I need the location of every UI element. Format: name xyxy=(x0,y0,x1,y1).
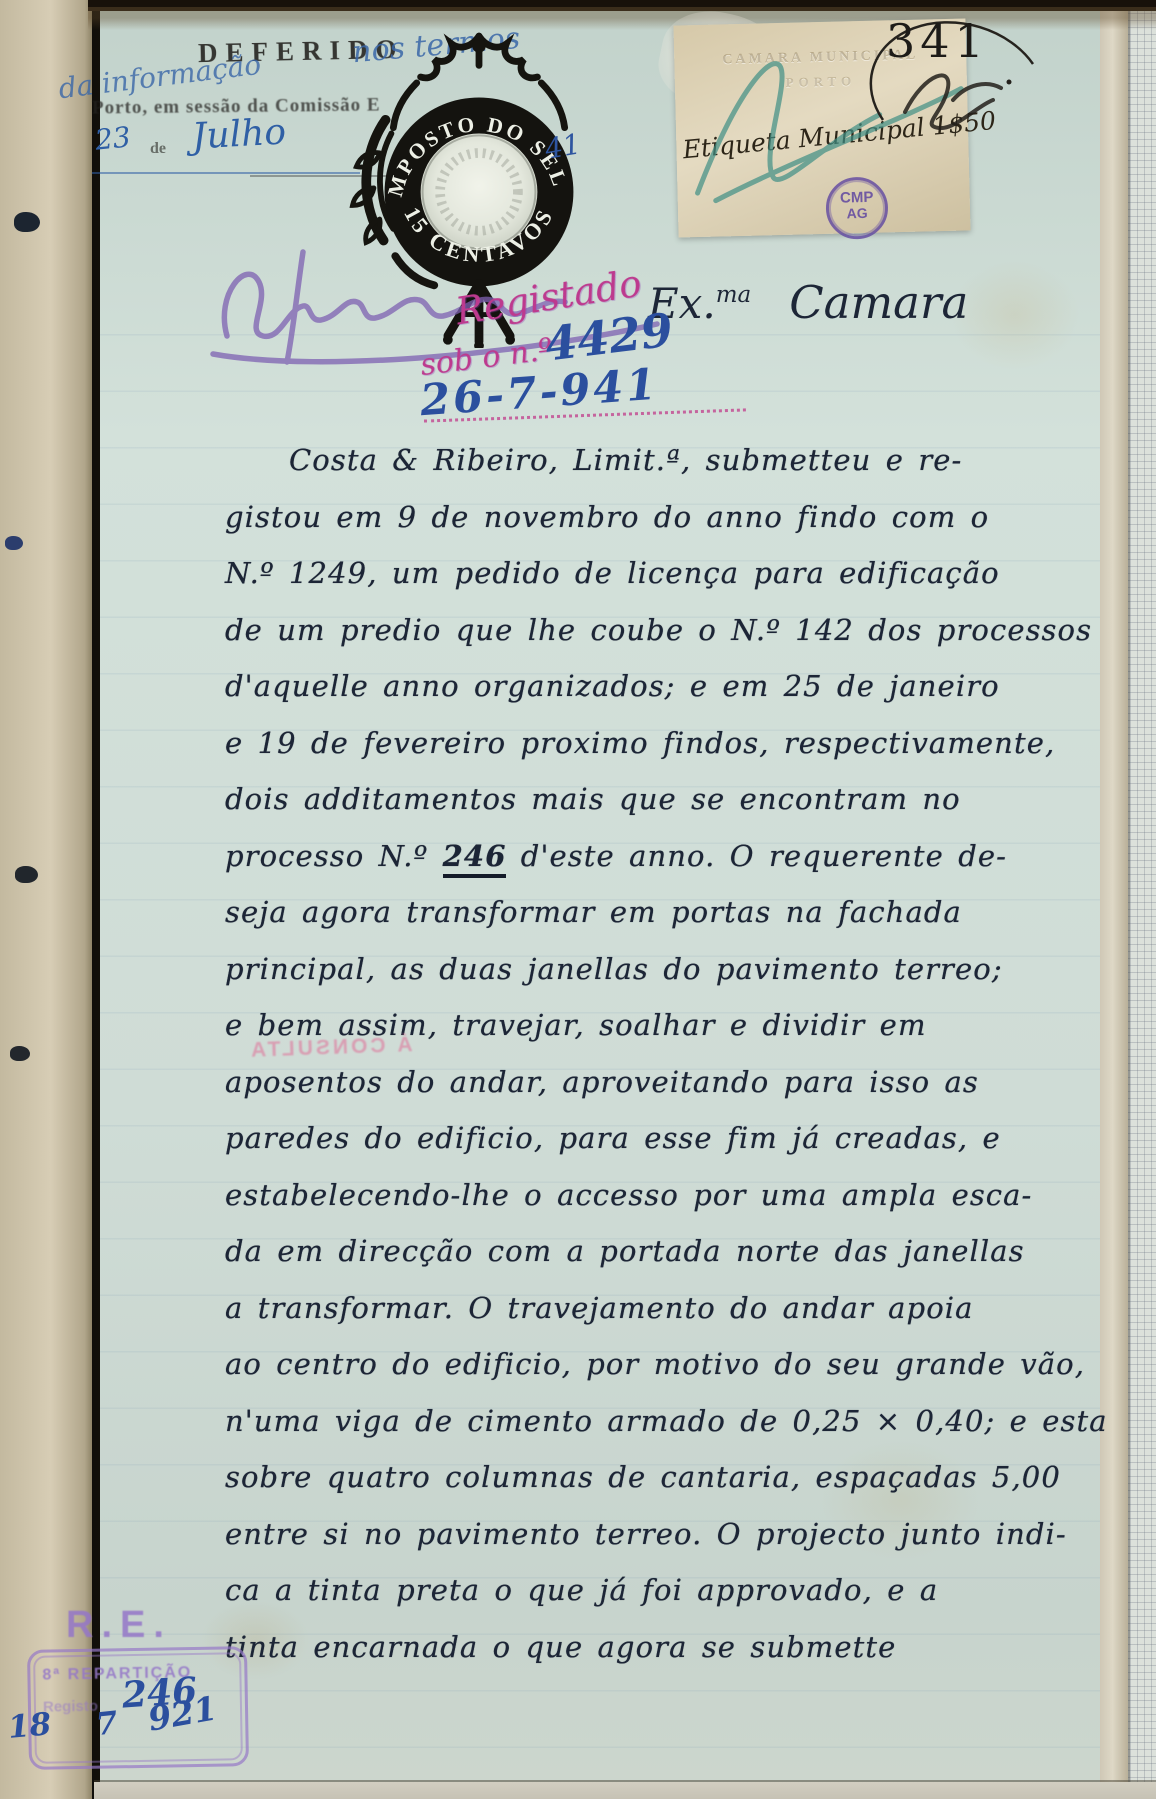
handwritten-month: Julho xyxy=(191,112,287,158)
stamp-de: de xyxy=(150,140,166,158)
adjacent-grid-page xyxy=(1128,0,1156,1799)
page-number: 341 xyxy=(886,14,989,68)
manuscript-line: seja agora transformar em portas na fach… xyxy=(225,884,1025,941)
manuscript-line: N.º 1249, um pedido de licença para edif… xyxy=(225,545,1025,602)
manuscript-line: d'aquelle anno organizados; e em 25 de j… xyxy=(225,658,1025,715)
date-underline xyxy=(92,172,360,174)
manuscript-line: Costa & Ribeiro, Limit.ª, submetteu e re… xyxy=(225,432,1025,489)
re-stamp: R.E. xyxy=(66,1604,172,1647)
manuscript-line: processo N.º 246 d'este anno. O requeren… xyxy=(225,828,1025,885)
handwritten-day: 23 xyxy=(93,120,132,157)
manuscript-line: ao centro do edificio, por motivo do seu… xyxy=(225,1336,1025,1393)
previous-page-edge xyxy=(0,0,92,1799)
page-curl-edge xyxy=(1100,8,1128,1786)
salutation-title: Camara xyxy=(789,276,968,329)
manuscript-line: ca a tinta preta o que já foi approvado,… xyxy=(225,1562,1025,1619)
scanned-document: DEFERIDO nos termos da informação Porto,… xyxy=(0,0,1156,1799)
ink-blot xyxy=(5,536,23,550)
manuscript-line: tinta encarnada o que agora se submette xyxy=(225,1619,1025,1676)
handwritten-year: 41 xyxy=(542,127,583,166)
manuscript-line: n'uma viga de cimento armado de 0,25 × 0… xyxy=(225,1393,1025,1450)
manuscript-line: aposentos do andar, aproveitando para is… xyxy=(225,1054,1025,1111)
manuscript-line: estabelecendo-lhe o accesso por uma ampl… xyxy=(225,1167,1025,1224)
ink-blot xyxy=(10,1046,30,1061)
manuscript-line: de um predio que lhe coube o N.º 142 dos… xyxy=(225,602,1025,659)
manuscript-line: principal, as duas janellas do pavimento… xyxy=(225,941,1025,998)
registo-label: Registo xyxy=(43,1698,98,1716)
registo-day: 18 xyxy=(7,1706,53,1746)
salutation-superscript: ma xyxy=(716,282,752,308)
manuscript-line: gistou em 9 de novembro do anno findo co… xyxy=(225,489,1025,546)
initials-scrawl xyxy=(905,75,1001,128)
manuscript-line: sobre quatro columnas de cantaria, espaç… xyxy=(225,1449,1025,1506)
ink-blot xyxy=(15,866,38,883)
manuscript-line: entre si no pavimento terreo. O projecto… xyxy=(225,1506,1025,1563)
scan-bottom-edge xyxy=(94,1780,1156,1799)
registo-month: 7 xyxy=(94,1705,119,1743)
manuscript-line: dois additamentos mais que se encontram … xyxy=(225,771,1025,828)
cmp-text: CMP xyxy=(829,188,885,206)
ag-text: AG xyxy=(829,205,885,221)
manuscript-line: a transformar. O travejamento do andar a… xyxy=(225,1280,1025,1337)
manuscript-line: da em direcção com a portada norte das j… xyxy=(225,1223,1025,1280)
ink-blot xyxy=(14,212,40,232)
manuscript-line: paredes do edificio, para esse fim já cr… xyxy=(225,1110,1025,1167)
salutation: Ex.maCamara xyxy=(648,276,968,329)
manuscript-line: e 19 de fevereiro proximo findos, respec… xyxy=(225,715,1025,772)
